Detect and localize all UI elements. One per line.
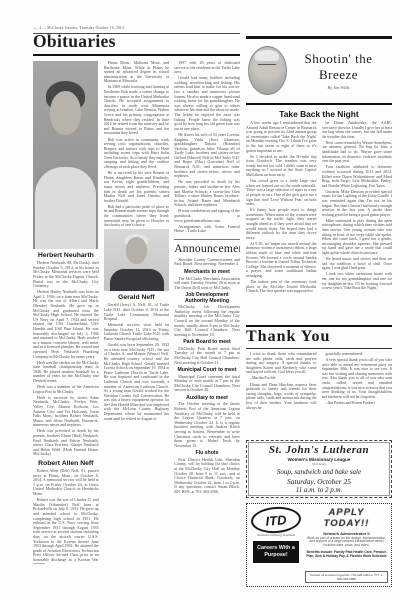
paragraph: Robert Allen (Bob) Neff, 81, passed away… bbox=[33, 469, 99, 497]
paragraph: Our crowd grew to a fairly large size wh… bbox=[246, 179, 317, 207]
ad-title: St. John's Lutheran bbox=[249, 444, 389, 456]
thank-you-col-b: gratefully remembered.A very special tha… bbox=[322, 352, 393, 436]
careers-with-purpose-box: Careers With a Purpose! bbox=[253, 541, 299, 564]
newspaper-page: ←4 — McClusky Gazette, Thursday October … bbox=[0, 0, 400, 600]
announcement-brief: Auxiliary to meet The October meeting of… bbox=[174, 396, 240, 448]
itd-careers-ad: ITD Information Technology Department Ca… bbox=[246, 503, 392, 587]
brief-text: McClusky Job Development Authority meets… bbox=[174, 305, 240, 337]
breeze-article-col-b: be Diane Zainhofsky, the AARC executive … bbox=[322, 121, 393, 321]
contact-line: Contact us at www.nd.gov/itd • 701-328-1… bbox=[305, 571, 388, 583]
paragraph: Next came remarks by Wayne Stenehjem, ou… bbox=[322, 141, 393, 164]
glasses-icon bbox=[258, 64, 276, 69]
gerald-obituary-text-col2: Gerald (Jerry) A. Neff, 81, of Turtle La… bbox=[104, 303, 170, 421]
announcements-section-title: Announcements bbox=[174, 239, 240, 255]
announcement-brief: Sheridan County Commissioners and Park B… bbox=[174, 258, 240, 267]
obituaries-columns: Herbert Neuharth Herbert Neuharth, 88, M… bbox=[33, 61, 240, 564]
thank-you-title: Thank You bbox=[246, 328, 392, 346]
paragraph: be Diane Zainhofsky, the AARC executive … bbox=[322, 121, 393, 139]
paragraph: Guitarist Mike Dawson provided special m… bbox=[322, 190, 393, 218]
brief-text: The October meeting of the James Roberts… bbox=[174, 402, 240, 448]
announcement-brief: Merchants to meet The McClusky Merchants… bbox=[174, 270, 240, 290]
paragraph: 1997 with 28 years of dedicated service … bbox=[174, 61, 240, 75]
itd-logo-caption: Information Technology Department bbox=[257, 534, 295, 537]
gerald-obituary-text-col3: 1997 with 28 years of dedicated service … bbox=[174, 61, 240, 234]
paragraph: We heard music and stories and then we h… bbox=[322, 257, 393, 271]
herbert-neuharth-photo bbox=[33, 61, 98, 249]
paragraph: He leaves his wife of 53 years Loretta; … bbox=[174, 133, 240, 179]
announcement-brief: Municipal Court to meet Municipal Court … bbox=[174, 368, 240, 393]
paragraph: Memorial services were held on Saturday … bbox=[104, 323, 170, 341]
ad-line1: Soup, sandwich and bake sale bbox=[249, 468, 389, 476]
paragraph: Gerald (Jerry) A. Neff, 81, of Turtle La… bbox=[104, 303, 170, 321]
breeze-title: Shootin' the Breeze By Jim Wills bbox=[287, 51, 390, 91]
rule bbox=[246, 103, 392, 106]
announcement-brief: Park Board to meet McClusky Park Board m… bbox=[174, 340, 240, 365]
paragraph: He is survived by his wife Bonnie of Pla… bbox=[104, 171, 170, 203]
paragraph: So I decided to make the 80-mile trip fr… bbox=[246, 155, 317, 178]
breeze-article: A few weeks ago I remembered that the Ab… bbox=[246, 121, 392, 321]
paragraph: In 1969 while teaching and farming at No… bbox=[104, 85, 170, 136]
breeze-byline: By Jim Wills bbox=[287, 85, 390, 90]
obituary-column-1: Herbert Neuharth Herbert Neuharth, 88, M… bbox=[33, 61, 99, 564]
paragraph: A few weeks ago I remembered that the Ab… bbox=[246, 121, 317, 153]
breeze-title-line2: Breeze bbox=[287, 67, 390, 83]
obituary-name-herbert: Herbert Neuharth bbox=[33, 252, 99, 259]
photo-face bbox=[50, 91, 81, 135]
paragraph: Herbert Neuharth, 88, McClusky, died Sun… bbox=[33, 261, 99, 289]
brief-heading: Park Board to meet bbox=[174, 340, 240, 345]
photo-suit bbox=[110, 269, 164, 291]
brief-heading: Merchants to meet bbox=[174, 270, 240, 275]
paragraph: I wish to thank those who remembered me … bbox=[246, 352, 317, 375]
paragraph: Herb is survived by sisters Edna Neuhart… bbox=[33, 396, 99, 428]
paragraph: Diana and Dean Hawkins express their gra… bbox=[246, 383, 317, 411]
brief-text: Municipal Court convenes the third Monda… bbox=[174, 375, 240, 393]
robert-obituary-text-col2: Plains Mont., Mohtona Mont. and Harthorn… bbox=[104, 61, 170, 228]
paragraph: Arrangements with Goetz Funeral Home – T… bbox=[174, 225, 240, 234]
right-section: Shootin' the Breeze By Jim Wills Take Ba… bbox=[246, 36, 392, 587]
paragraph: Bob had a particular pride of place so h… bbox=[104, 205, 170, 228]
paragraph: A very special thank you to all of you w… bbox=[322, 358, 393, 399]
paragraph: Mike continued to play during the open m… bbox=[322, 219, 393, 256]
column-headline: Take Back the Night bbox=[246, 109, 392, 119]
benefits-text: Benefits include: Family Paid Health Car… bbox=[305, 550, 388, 558]
obituary-name-gerald: Gerald Neff bbox=[104, 294, 170, 301]
obituary-column-3: 1997 with 28 years of dedicated service … bbox=[174, 61, 240, 564]
apply-today-headline: APPLY TODAY!! bbox=[305, 507, 388, 529]
obituary-name-robert: Robert Allen Neff bbox=[33, 460, 99, 467]
robert-obituary-text-col1: Robert Allen (Bob) Neff, 81, passed away… bbox=[33, 469, 99, 564]
gerald-neff-photo bbox=[104, 229, 170, 291]
paragraph: Herb was preceded in death by his parent… bbox=[33, 429, 99, 457]
paragraph: Plains Mont., Mohtona Mont. and Harthorn… bbox=[104, 61, 170, 84]
paragraph: I took two white carnations home with me… bbox=[322, 272, 393, 290]
masthead-text: 4 — McClusky Gazette, Thursday October 1… bbox=[39, 26, 124, 30]
paragraph: Herb was a member of the American Legion… bbox=[33, 385, 99, 394]
brief-text: The McClusky Merchants Association will … bbox=[174, 277, 240, 291]
st-johns-lutheran-ad: St. John's Lutheran Women's Missionary L… bbox=[246, 440, 392, 498]
thank-you-header: Thank You bbox=[246, 325, 392, 349]
paragraph: Herbert Harley Neuharth was born on Apri… bbox=[33, 290, 99, 359]
announcement-brief: Flu shots First District Health Unit, Sh… bbox=[174, 451, 240, 494]
position-description: Work as part of a team on the design, im… bbox=[305, 537, 388, 549]
brief-text: First District Health Unit, Sheridan Cou… bbox=[174, 458, 240, 495]
position-title: Network Administrator II bbox=[305, 531, 388, 536]
brief-heading: Municipal Court to meet bbox=[174, 368, 240, 373]
paragraph: He was preceded in death by his parents;… bbox=[174, 180, 240, 208]
breeze-header: Shootin' the Breeze By Jim Wills bbox=[246, 39, 392, 103]
brief-heading: Job Development Authority Meeting bbox=[174, 293, 240, 304]
itd-logo: ITD bbox=[250, 505, 302, 534]
breeze-title-line1: Shootin' the bbox=[287, 51, 390, 67]
obituary-column-2: Plains Mont., Mohtona Mont. and Harthorn… bbox=[104, 61, 170, 564]
paragraph: The indoor part of the ceremony took pla… bbox=[246, 280, 317, 294]
paragraph: Gerald had many hobbies including weldin… bbox=[174, 76, 240, 131]
ad-line3: 11 a.m. to 2 p.m. bbox=[249, 486, 389, 494]
paragraph: At 5:30, we began our march around the d… bbox=[246, 242, 317, 279]
photo-shirt bbox=[35, 167, 96, 249]
paragraph: Four fatalities attributed to domestic v… bbox=[322, 165, 393, 188]
paragraph: –Jim Paulus and Karen Packert bbox=[322, 401, 393, 406]
itd-ad-left: ITD Information Technology Department Ca… bbox=[250, 507, 302, 583]
paragraph: Herb was the catcher on the McClusky sta… bbox=[33, 361, 99, 384]
brief-text: Sheridan County Commissioners and Park B… bbox=[174, 258, 240, 267]
announcement-brief: Job Development Authority Meeting McClus… bbox=[174, 293, 240, 337]
paragraph: Private condolences and signing of the g… bbox=[174, 209, 240, 223]
paragraph: Bob was active in community work serving… bbox=[104, 138, 170, 170]
brief-text: McClusky Park Board meets third Tuesday … bbox=[174, 347, 240, 365]
herbert-obituary-text: Herbert Neuharth, 88, McClusky, died Sun… bbox=[33, 261, 99, 457]
paragraph: Gerald was born September 20, 1932 on a … bbox=[104, 343, 170, 421]
thank-you-col-a: I wish to thank those who remembered me … bbox=[246, 352, 317, 436]
paragraph: gratefully remembered. bbox=[322, 352, 393, 357]
paragraph: Robert was the son of Charles O. and Mar… bbox=[33, 498, 99, 564]
paragraph: It's funny how people react to things so… bbox=[246, 208, 317, 240]
photo-hair bbox=[255, 50, 279, 61]
ad-line2: Saturday, October 25 bbox=[249, 477, 389, 486]
thank-you-notes: I wish to thank those who remembered me … bbox=[246, 352, 392, 436]
obituaries-section-title: Obituaries bbox=[33, 31, 240, 56]
ad-location: McClusky bbox=[249, 462, 389, 466]
breeze-article-col-a: A few weeks ago I remembered that the Ab… bbox=[246, 121, 317, 321]
jim-wills-photo bbox=[248, 46, 287, 95]
itd-ad-right: APPLY TODAY!! Network Administrator II W… bbox=[305, 507, 388, 583]
photo-face bbox=[126, 237, 147, 264]
paragraph: –Martha Frichle bbox=[246, 376, 317, 381]
